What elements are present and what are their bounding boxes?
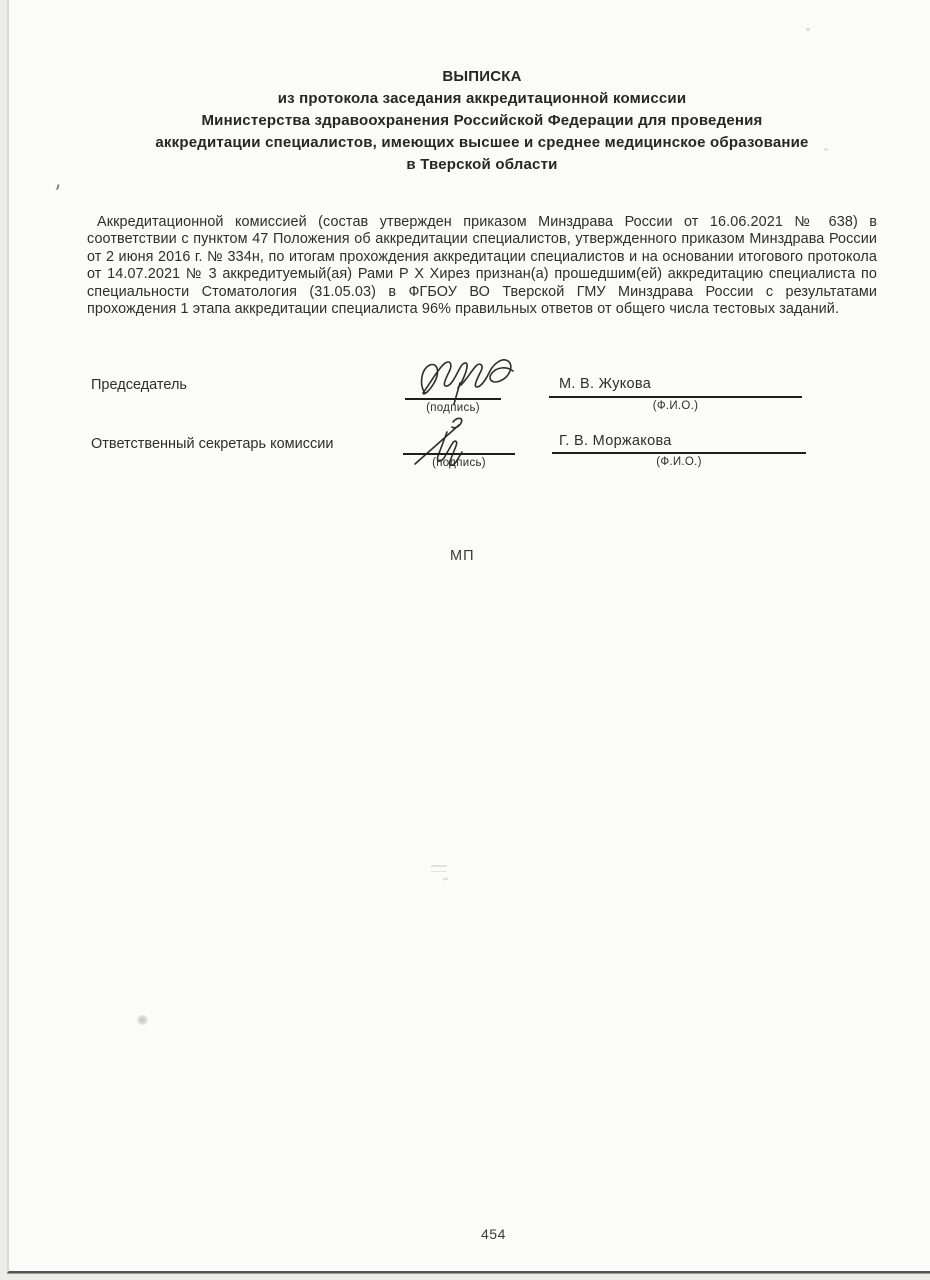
title-line-5: в Тверской области — [87, 154, 877, 176]
secretary-name: Г. В. Моржакова — [559, 433, 672, 449]
secretary-signature-caption: (подпись) — [403, 457, 515, 469]
scan-speck-top-right — [806, 28, 810, 31]
secretary-name-line — [552, 452, 806, 454]
chairman-signature-line — [405, 398, 501, 400]
chairman-signature-caption: (подпись) — [405, 402, 501, 414]
chairman-name: М. В. Жукова — [559, 376, 651, 392]
title-line-2: из протокола заседания аккредитационной … — [87, 88, 877, 110]
secretary-signature-line — [403, 453, 515, 455]
scan-speck-right — [824, 148, 828, 151]
paper-sheet: ВЫПИСКА из протокола заседания аккредита… — [7, 0, 930, 1273]
scan-smudge-dot — [137, 1015, 148, 1025]
chairman-name-line — [549, 396, 802, 398]
page-number: 454 — [481, 1226, 506, 1242]
title-line-3: Министерства здравоохранения Российской … — [87, 110, 877, 132]
body-paragraph: Аккредитационной комиссией (состав утвер… — [87, 214, 877, 318]
scan-speck-comma — [53, 184, 59, 191]
scan-faint-marks — [431, 865, 447, 873]
title-line-4: аккредитации специалистов, имеющих высше… — [87, 132, 877, 154]
chairman-name-caption: (Ф.И.О.) — [549, 400, 802, 412]
signature-role-chairman: Председатель — [91, 377, 187, 393]
stamp-placeholder: МП — [450, 548, 475, 564]
title-line-main: ВЫПИСКА — [87, 66, 877, 88]
secretary-name-caption: (Ф.И.О.) — [552, 456, 806, 468]
scanned-document-page: { "document": { "title": { "line1": "ВЫП… — [0, 0, 930, 1280]
signature-role-secretary: Ответственный секретарь комиссии — [91, 436, 333, 452]
document-title-block: ВЫПИСКА из протокола заседания аккредита… — [87, 66, 877, 176]
scan-faint-tick — [443, 878, 448, 881]
